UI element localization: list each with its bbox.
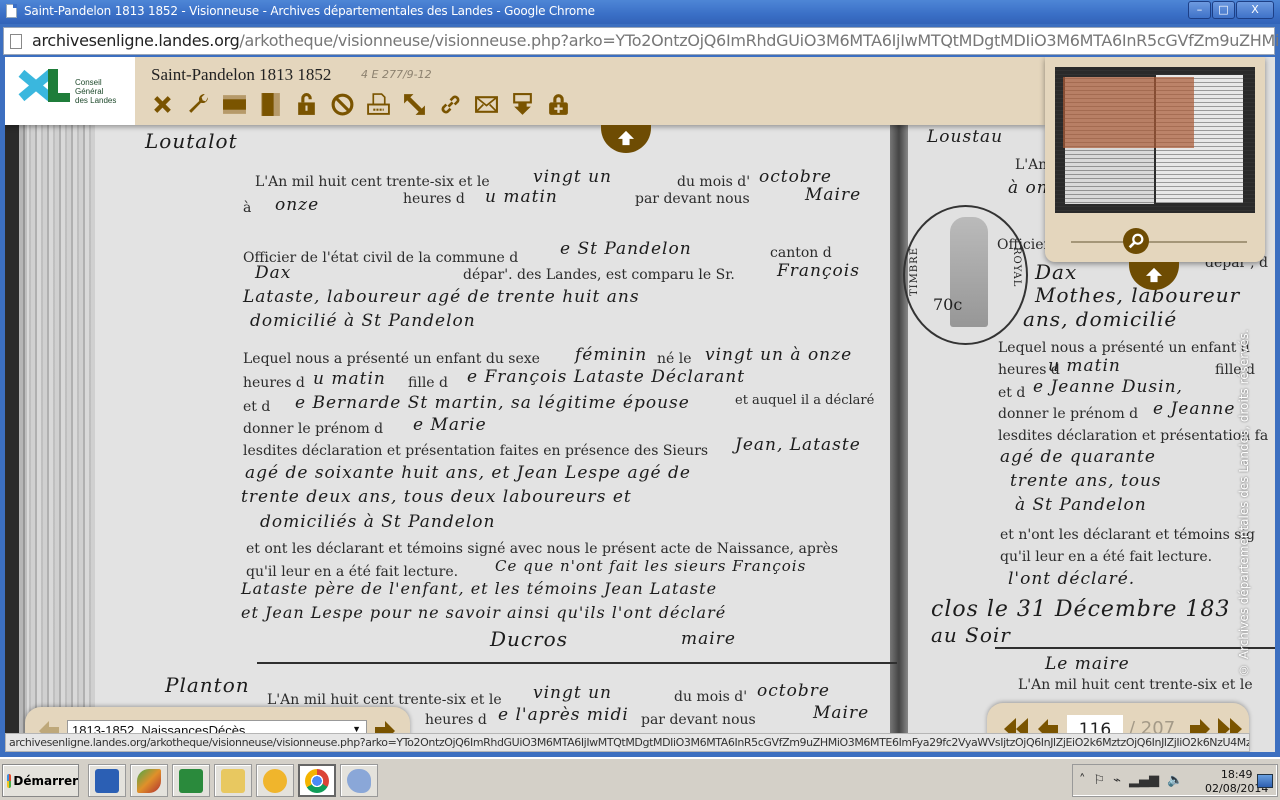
windows-logo-icon — [7, 774, 11, 788]
handwritten-entry: e Jeanne — [1153, 399, 1235, 419]
margin-note: Planton — [165, 673, 250, 697]
taskbar-excel[interactable] — [172, 764, 210, 797]
closing-note: au Soir — [931, 623, 1011, 647]
printed-line: dépar'. des Landes, est comparu le Sr. — [463, 267, 735, 283]
handwritten-entry: Mothes, laboureur — [1035, 283, 1240, 307]
chrome-icon — [305, 769, 329, 793]
handwritten-entry: octobre — [759, 167, 832, 187]
handwritten-entry: onze — [275, 195, 319, 215]
document-reference: 4 E 277/9-12 — [361, 68, 432, 81]
arrow-up-icon — [617, 130, 635, 146]
printed-line: fille d — [408, 375, 448, 391]
handwritten-entry: agé de soixante huit ans, et Jean Lespe … — [245, 463, 691, 483]
minimap-viewport-selection[interactable] — [1063, 77, 1194, 148]
taskbar-outlook[interactable] — [256, 764, 294, 797]
handwritten-entry: domicilié à St Pandelon — [250, 311, 476, 331]
printed-line: et auquel il a déclaré — [735, 393, 874, 408]
handwritten-entry: trente deux ans, tous deux laboureurs et — [241, 487, 632, 507]
minimap-panel — [1045, 57, 1265, 262]
printed-line: heures d — [243, 375, 305, 391]
network-signal-icon[interactable]: ▂▄▆ — [1129, 773, 1159, 788]
royal-tax-stamp: TIMBRE ROYAL 70c — [903, 205, 1028, 345]
printed-line: et ont les déclarant et témoins signé av… — [246, 541, 838, 557]
resize-arrow-icon — [402, 92, 427, 117]
taskbar-file-explorer[interactable] — [214, 764, 252, 797]
unlock-icon — [294, 92, 319, 117]
url-text[interactable]: archivesenligne.landes.org/arkotheque/vi… — [32, 31, 1280, 50]
printed-line: Lequel nous a présenté un enfant du sexe — [243, 351, 540, 367]
start-label: Démarrer — [13, 774, 78, 788]
document-viewer[interactable]: Loutalot L'An mil huit cent trente-six e… — [5, 57, 1275, 752]
browser-window: Saint-Pandelon 1813 1852 - Visionneuse -… — [0, 0, 1280, 757]
handwritten-entry: Lataste, laboureur agé de trente huit an… — [243, 287, 640, 307]
handwritten-entry: e Marie — [413, 415, 487, 435]
taskbar-apps — [88, 764, 378, 797]
page-icon — [10, 34, 22, 49]
action-center-flag-icon[interactable]: ⚐ — [1094, 773, 1106, 788]
minimap-thumbnail[interactable] — [1055, 67, 1255, 213]
printed-line: qu'il leur en a été fait lecture. — [1000, 549, 1212, 565]
viewer-toolbar: Conseil Général des Landes Saint-Pandelo… — [5, 57, 1045, 125]
word-icon — [95, 769, 119, 793]
zoom-slider-track[interactable] — [1071, 241, 1247, 243]
handwritten-entry: u matin — [485, 187, 558, 207]
link-icon — [438, 92, 463, 117]
copyright-watermark: © Archives départementales des Landes, d… — [1237, 277, 1251, 677]
no-entry-icon — [330, 92, 355, 117]
handwritten-entry: octobre — [757, 681, 830, 701]
address-bar[interactable]: archivesenligne.landes.org/arkotheque/vi… — [3, 27, 1275, 55]
page-edges — [19, 57, 99, 752]
handwritten-entry: Ce que n'ont fait les sieurs François — [495, 557, 806, 575]
start-button[interactable]: Démarrer — [2, 764, 79, 797]
handwritten-entry: trente ans, tous — [1010, 471, 1162, 491]
logo-text-line: Conseil — [75, 78, 116, 87]
printed-line: né le — [657, 351, 692, 367]
book-gutter — [890, 57, 908, 752]
arrow-up-icon — [1145, 267, 1163, 283]
close-viewer-button[interactable] — [149, 91, 176, 118]
block-button[interactable] — [329, 91, 356, 118]
handwritten-entry: Dax — [1035, 260, 1077, 284]
printed-line: L'An — [1015, 157, 1047, 173]
handwritten-entry: Lataste père de l'enfant, et les témoins… — [241, 579, 717, 598]
show-desktop-button[interactable] — [1257, 774, 1273, 788]
logo-text-line: des Landes — [75, 96, 116, 105]
handwritten-entry: féminin — [575, 345, 647, 365]
closing-note: clos le 31 Décembre 183 — [931, 597, 1230, 622]
handwritten-entry: à St Pandelon — [1015, 495, 1147, 515]
taskbar-quill-app[interactable] — [130, 764, 168, 797]
url-host: archivesenligne.landes.org — [32, 31, 239, 50]
handwritten-entry: u matin — [313, 369, 386, 389]
envelope-icon — [474, 92, 499, 117]
handwritten-entry: e l'après midi — [498, 705, 629, 725]
handwritten-entry: Jean, Lataste — [735, 435, 861, 455]
print-icon — [366, 92, 391, 117]
document-title: Saint-Pandelon 1813 1852 — [151, 65, 331, 85]
handwritten-entry: e François Lataste Déclarant — [467, 367, 745, 387]
zoom-slider-handle[interactable] — [1123, 228, 1149, 254]
handwritten-entry: e Jeanne Dusin, — [1033, 377, 1183, 397]
download-button[interactable] — [509, 91, 536, 118]
print-button[interactable] — [365, 91, 392, 118]
handwritten-entry: Dax — [255, 263, 291, 283]
taskbar-chrome[interactable] — [298, 764, 336, 797]
close-button[interactable]: X — [1236, 1, 1274, 19]
fit-width-icon — [222, 92, 247, 117]
permalink-button[interactable] — [437, 91, 464, 118]
handwritten-entry: Maire — [805, 185, 861, 205]
handwritten-entry: agé de quarante — [1000, 447, 1156, 467]
handwritten-entry: Maire — [813, 703, 869, 723]
taskbar-word[interactable] — [88, 764, 126, 797]
url-path: /arkotheque/visionneuse/visionneuse.php?… — [239, 31, 1280, 50]
page-icon — [6, 4, 17, 18]
handwritten-entry: e Bernarde St martin, sa légitime épouse — [295, 393, 690, 413]
close-icon — [150, 92, 175, 117]
link-status-bubble: archivesenligne.landes.org/arkotheque/vi… — [5, 733, 1250, 752]
conseil-general-logo[interactable]: Conseil Général des Landes — [5, 57, 135, 125]
download-icon — [510, 92, 535, 117]
printed-line: Officier — [997, 237, 1050, 253]
paint-palette-icon — [347, 769, 371, 793]
handwritten-entry: François — [777, 261, 860, 281]
show-hidden-icons-icon[interactable]: ˄ — [1079, 773, 1086, 788]
printed-line: canton d — [770, 245, 832, 261]
logo-text-line: Général — [75, 87, 116, 96]
handwritten-entry: maire — [681, 629, 736, 649]
maximize-button[interactable]: □ — [1212, 1, 1235, 19]
system-tray: ˄ ⚐ ⌁ ▂▄▆ 🔈 18:49 02/08/2014 — [1072, 764, 1278, 797]
settings-button[interactable] — [185, 91, 212, 118]
printed-line: et n'ont les déclarant et témoins sig — [1000, 527, 1255, 543]
printed-line: du mois d' — [677, 174, 750, 190]
handwritten-entry: vingt un à onze — [705, 345, 852, 365]
handwritten-entry: l'ont déclaré. — [1008, 569, 1135, 589]
volume-icon[interactable]: 🔈 — [1167, 773, 1183, 788]
handwritten-entry: u matin — [1048, 356, 1121, 376]
window-title: Saint-Pandelon 1813 1852 - Visionneuse -… — [24, 4, 595, 18]
title-bar: Saint-Pandelon 1813 1852 - Visionneuse -… — [0, 0, 1280, 24]
section-divider — [257, 662, 897, 664]
printed-line: L'An mil huit cent trente-six et le — [267, 692, 502, 708]
printed-line: L'An mil huit cent trente-six et le — [255, 174, 490, 190]
folder-icon — [221, 769, 245, 793]
printed-line: heures d — [403, 191, 465, 207]
printed-line: du mois d' — [674, 689, 747, 705]
fullscreen-button[interactable] — [401, 91, 428, 118]
fit-width-button[interactable] — [221, 91, 248, 118]
logo-l-mark — [48, 93, 70, 102]
handwritten-entry: vingt un — [533, 167, 612, 187]
quill-icon — [137, 769, 161, 793]
printed-line: donner le prénom d — [243, 421, 383, 437]
printed-line: Lequel nous a présenté un enfant d — [998, 340, 1250, 356]
power-plug-icon[interactable]: ⌁ — [1113, 773, 1121, 788]
handwritten-entry: Le maire — [1045, 654, 1130, 674]
unlock-button[interactable] — [293, 91, 320, 118]
stamp-price: 70c — [933, 295, 962, 314]
printed-line: par devant nous — [635, 191, 750, 207]
outlook-icon — [263, 769, 287, 793]
email-button[interactable] — [473, 91, 500, 118]
margin-note: Loutalot — [145, 129, 238, 153]
handwritten-entry: e St Pandelon — [560, 239, 692, 259]
excel-icon — [179, 769, 203, 793]
printed-line: lesdites déclaration et présentation fai… — [243, 443, 708, 459]
handwritten-entry: et Jean Lespe pour ne savoir ainsi qu'il… — [241, 603, 726, 622]
handwritten-entry: domiciliés à St Pandelon — [260, 512, 495, 532]
lock-plus-icon — [546, 92, 571, 117]
wrench-icon — [186, 92, 211, 117]
margin-note: Loustau — [927, 127, 1003, 147]
stamp-label: TIMBRE — [909, 247, 920, 296]
printed-line: et d — [243, 399, 270, 415]
magnifier-icon — [1127, 232, 1145, 250]
printed-line: par devant nous — [641, 712, 756, 728]
handwritten-entry: vingt un — [533, 683, 612, 703]
taskbar-paint[interactable] — [340, 764, 378, 797]
mayor-signature: Ducros — [490, 627, 568, 651]
printed-line: à — [243, 200, 251, 216]
printed-line: qu'il leur en a été fait lecture. — [246, 564, 458, 580]
fit-height-button[interactable] — [257, 91, 284, 118]
add-to-basket-button[interactable] — [545, 91, 572, 118]
printed-line: lesdites déclaration et présentation fa — [998, 428, 1268, 444]
logo-text: Conseil Général des Landes — [75, 78, 116, 105]
handwritten-entry: ans, domicilié — [1023, 307, 1177, 331]
minimize-button[interactable]: – — [1188, 1, 1211, 19]
fit-height-icon — [258, 92, 283, 117]
section-divider — [995, 647, 1275, 649]
printed-line: et d — [998, 385, 1025, 401]
printed-line: heures d — [425, 712, 487, 728]
windows-taskbar: Démarrer ˄ ⚐ ⌁ ▂▄▆ 🔈 18:49 02/08/2014 — [0, 757, 1280, 800]
printed-line: donner le prénom d — [998, 406, 1138, 422]
printed-line: L'An mil huit cent trente-six et le — [1018, 677, 1253, 693]
stamp-label: ROYAL — [1011, 247, 1022, 287]
tool-buttons — [149, 91, 572, 118]
